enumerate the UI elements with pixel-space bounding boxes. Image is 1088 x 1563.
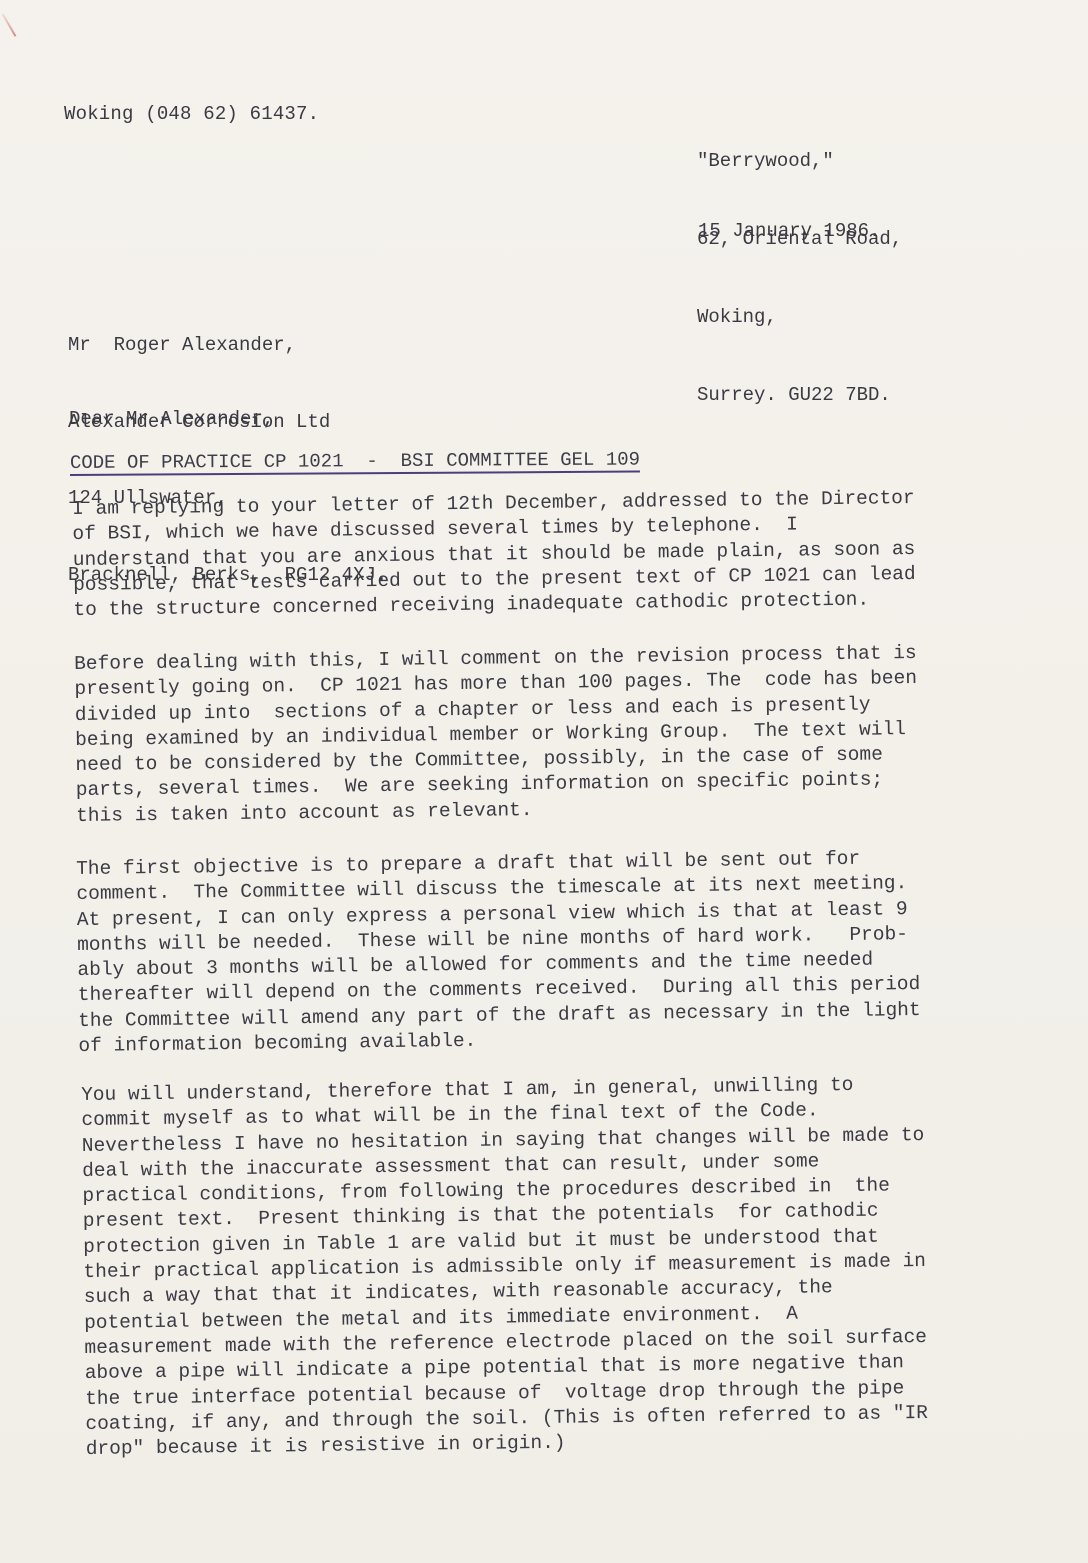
sender-address: "Berrywood," 62, Oriental Road, Woking, … (697, 96, 902, 460)
sender-phone: Woking (048 62) 61437. (64, 105, 319, 124)
recipient-line: Mr Roger Alexander, (68, 333, 387, 359)
letter-date: 15 January 1986. (698, 220, 880, 242)
sender-address-line: Woking, (697, 304, 902, 330)
body-paragraph: Before dealing with this, I will comment… (74, 641, 919, 829)
letter-page: Woking (048 62) 61437. "Berrywood," 62, … (0, 0, 1088, 1563)
body-paragraph: The first objective is to prepare a draf… (76, 846, 921, 1059)
body-paragraph: I am replying to your letter of 12th Dec… (72, 486, 916, 624)
salutation: Dear Mr Alexander, (69, 408, 274, 430)
pen-mark (2, 13, 17, 37)
body-paragraph: You will understand, therefore that I am… (81, 1072, 928, 1462)
sender-address-line: "Berrywood," (697, 148, 902, 174)
subject-heading: CODE OF PRACTICE CP 1021 - BSI COMMITTEE… (70, 449, 640, 476)
sender-address-line: Surrey. GU22 7BD. (697, 382, 902, 408)
